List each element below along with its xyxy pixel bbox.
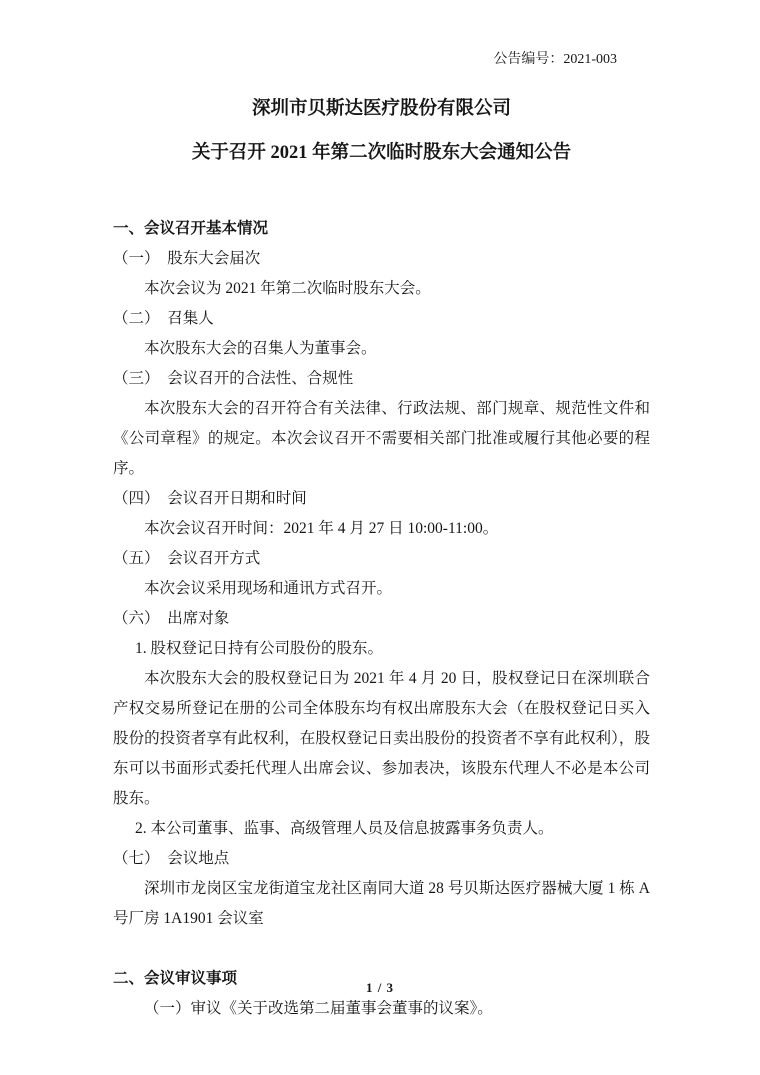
item-1-4-paragraph: 本次会议召开时间：2021 年 4 月 27 日 10:00-11:00。: [113, 514, 650, 544]
item-1-6-numbered-1: 1. 股权登记日持有公司股份的股东。: [113, 634, 650, 664]
item-1-5-paragraph: 本次会议采用现场和通讯方式召开。: [113, 574, 650, 604]
item-1-3-label: （三） 会议召开的合法性、合规性: [113, 364, 650, 394]
item-1-6-numbered-2: 2. 本公司董事、监事、高级管理人员及信息披露事务负责人。: [113, 814, 650, 844]
section-1-heading: 一、会议召开基本情况: [113, 214, 650, 244]
document-content: 公告编号：2021-003 深圳市贝斯达医疗股份有限公司 关于召开 2021 年…: [0, 0, 760, 1024]
company-name-title: 深圳市贝斯达医疗股份有限公司: [113, 96, 650, 122]
item-1-1-label: （一） 股东大会届次: [113, 244, 650, 274]
item-1-7-label: （七） 会议地点: [113, 844, 650, 874]
announcement-subtitle: 关于召开 2021 年第二次临时股东大会通知公告: [113, 140, 650, 166]
announcement-number: 公告编号：2021-003: [113, 50, 650, 70]
item-1-2-paragraph: 本次股东大会的召集人为董事会。: [113, 334, 650, 364]
item-1-5-label: （五） 会议召开方式: [113, 544, 650, 574]
item-1-6-paragraph: 本次股东大会的股权登记日为 2021 年 4 月 20 日，股权登记日在深圳联合…: [113, 664, 650, 814]
item-1-2-label: （二） 召集人: [113, 304, 650, 334]
item-1-6-label: （六） 出席对象: [113, 604, 650, 634]
document-body: 一、会议召开基本情况 （一） 股东大会届次 本次会议为 2021 年第二次临时股…: [113, 214, 650, 1024]
document-page: 公告编号：2021-003 深圳市贝斯达医疗股份有限公司 关于召开 2021 年…: [0, 0, 760, 1075]
item-1-7-paragraph: 深圳市龙岗区宝龙街道宝龙社区南同大道 28 号贝斯达医疗器械大厦 1 栋 A号厂…: [113, 874, 650, 934]
page-number: 1 / 3: [0, 976, 760, 1000]
item-1-3-paragraph: 本次股东大会的召开符合有关法律、行政法规、部门规章、规范性文件和《公司章程》的规…: [113, 394, 650, 484]
item-1-4-label: （四） 会议召开日期和时间: [113, 484, 650, 514]
item-1-1-paragraph: 本次会议为 2021 年第二次临时股东大会。: [113, 274, 650, 304]
